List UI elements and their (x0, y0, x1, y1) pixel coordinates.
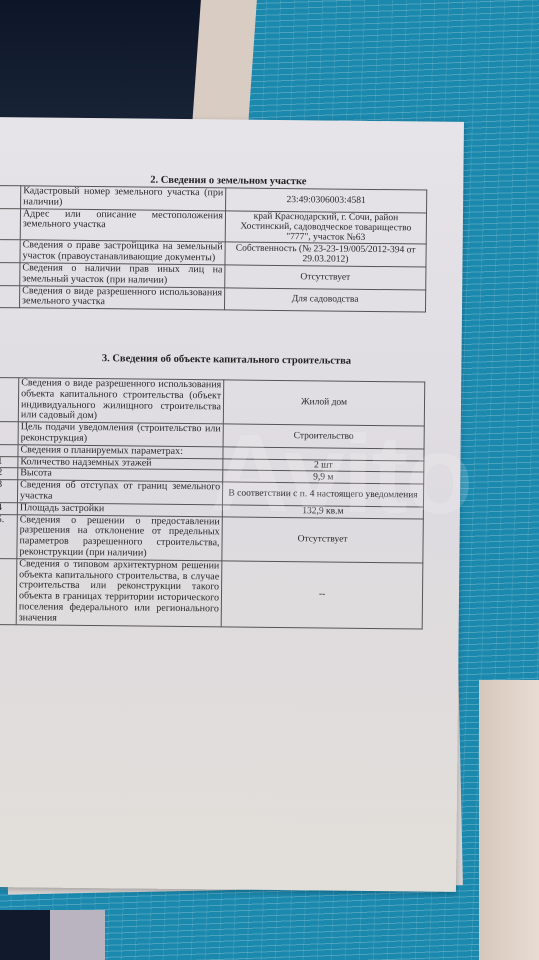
row-number: 4 (0, 502, 17, 514)
row-number: 5. (0, 514, 17, 558)
row-value: Собственность (№ 23-23-19/005/2012-394 о… (225, 242, 426, 267)
row-number (0, 208, 21, 240)
right-beige-strip (479, 680, 539, 960)
land-plot-table: Кадастровый номер земельного участка (пр… (0, 185, 427, 313)
row-number: 2 (0, 468, 18, 480)
row-number: 3 (0, 480, 18, 503)
row-number (0, 186, 21, 209)
row-number (0, 285, 20, 308)
row-label: Цель подачи уведомления (строительство и… (18, 422, 223, 447)
row-value: -- (221, 561, 423, 629)
document-page: 2. Сведения о земельном участке Кадастро… (0, 117, 464, 892)
row-number (0, 422, 18, 445)
row-value: 23:49:0306003:4581 (226, 188, 427, 213)
row-label: Сведения о праве застройщика на земельны… (20, 240, 225, 265)
row-label: Сведения об отступах от границ земельног… (17, 480, 222, 505)
row-value: Для садоводства (224, 287, 425, 312)
row-value: Отсутствует (225, 265, 426, 290)
row-label: Сведения о решении о предоставлении разр… (17, 514, 222, 560)
row-label: Сведения о типовом архитектурном решении… (16, 559, 222, 627)
row-number (0, 444, 18, 456)
row-number (0, 240, 20, 263)
table-row: Сведения о типовом архитектурном решении… (0, 558, 423, 628)
row-label: Кадастровый номер земельного участка (пр… (21, 186, 226, 211)
row-number (0, 558, 17, 624)
table-row: Адрес или описание местоположения земель… (0, 208, 427, 244)
row-number (0, 262, 20, 285)
section-3-title: 3. Сведения об объекте капитального стро… (0, 352, 462, 368)
row-label: Сведения о виде разрешенного использован… (18, 378, 223, 424)
row-number (0, 377, 19, 421)
table-row: Сведения о виде разрешенного использован… (0, 285, 426, 312)
row-number: 1 (0, 456, 18, 468)
row-label: Адрес или описание местоположения земель… (20, 208, 225, 242)
avito-watermark: Avito (210, 409, 472, 539)
row-label: Сведения о виде разрешенного использован… (20, 285, 225, 310)
row-label: Сведения о наличии прав иных лиц на земе… (20, 263, 225, 288)
row-value: край Краснодарский, г. Сочи, район Хости… (225, 211, 426, 245)
bottom-gray-fabric (50, 910, 105, 960)
